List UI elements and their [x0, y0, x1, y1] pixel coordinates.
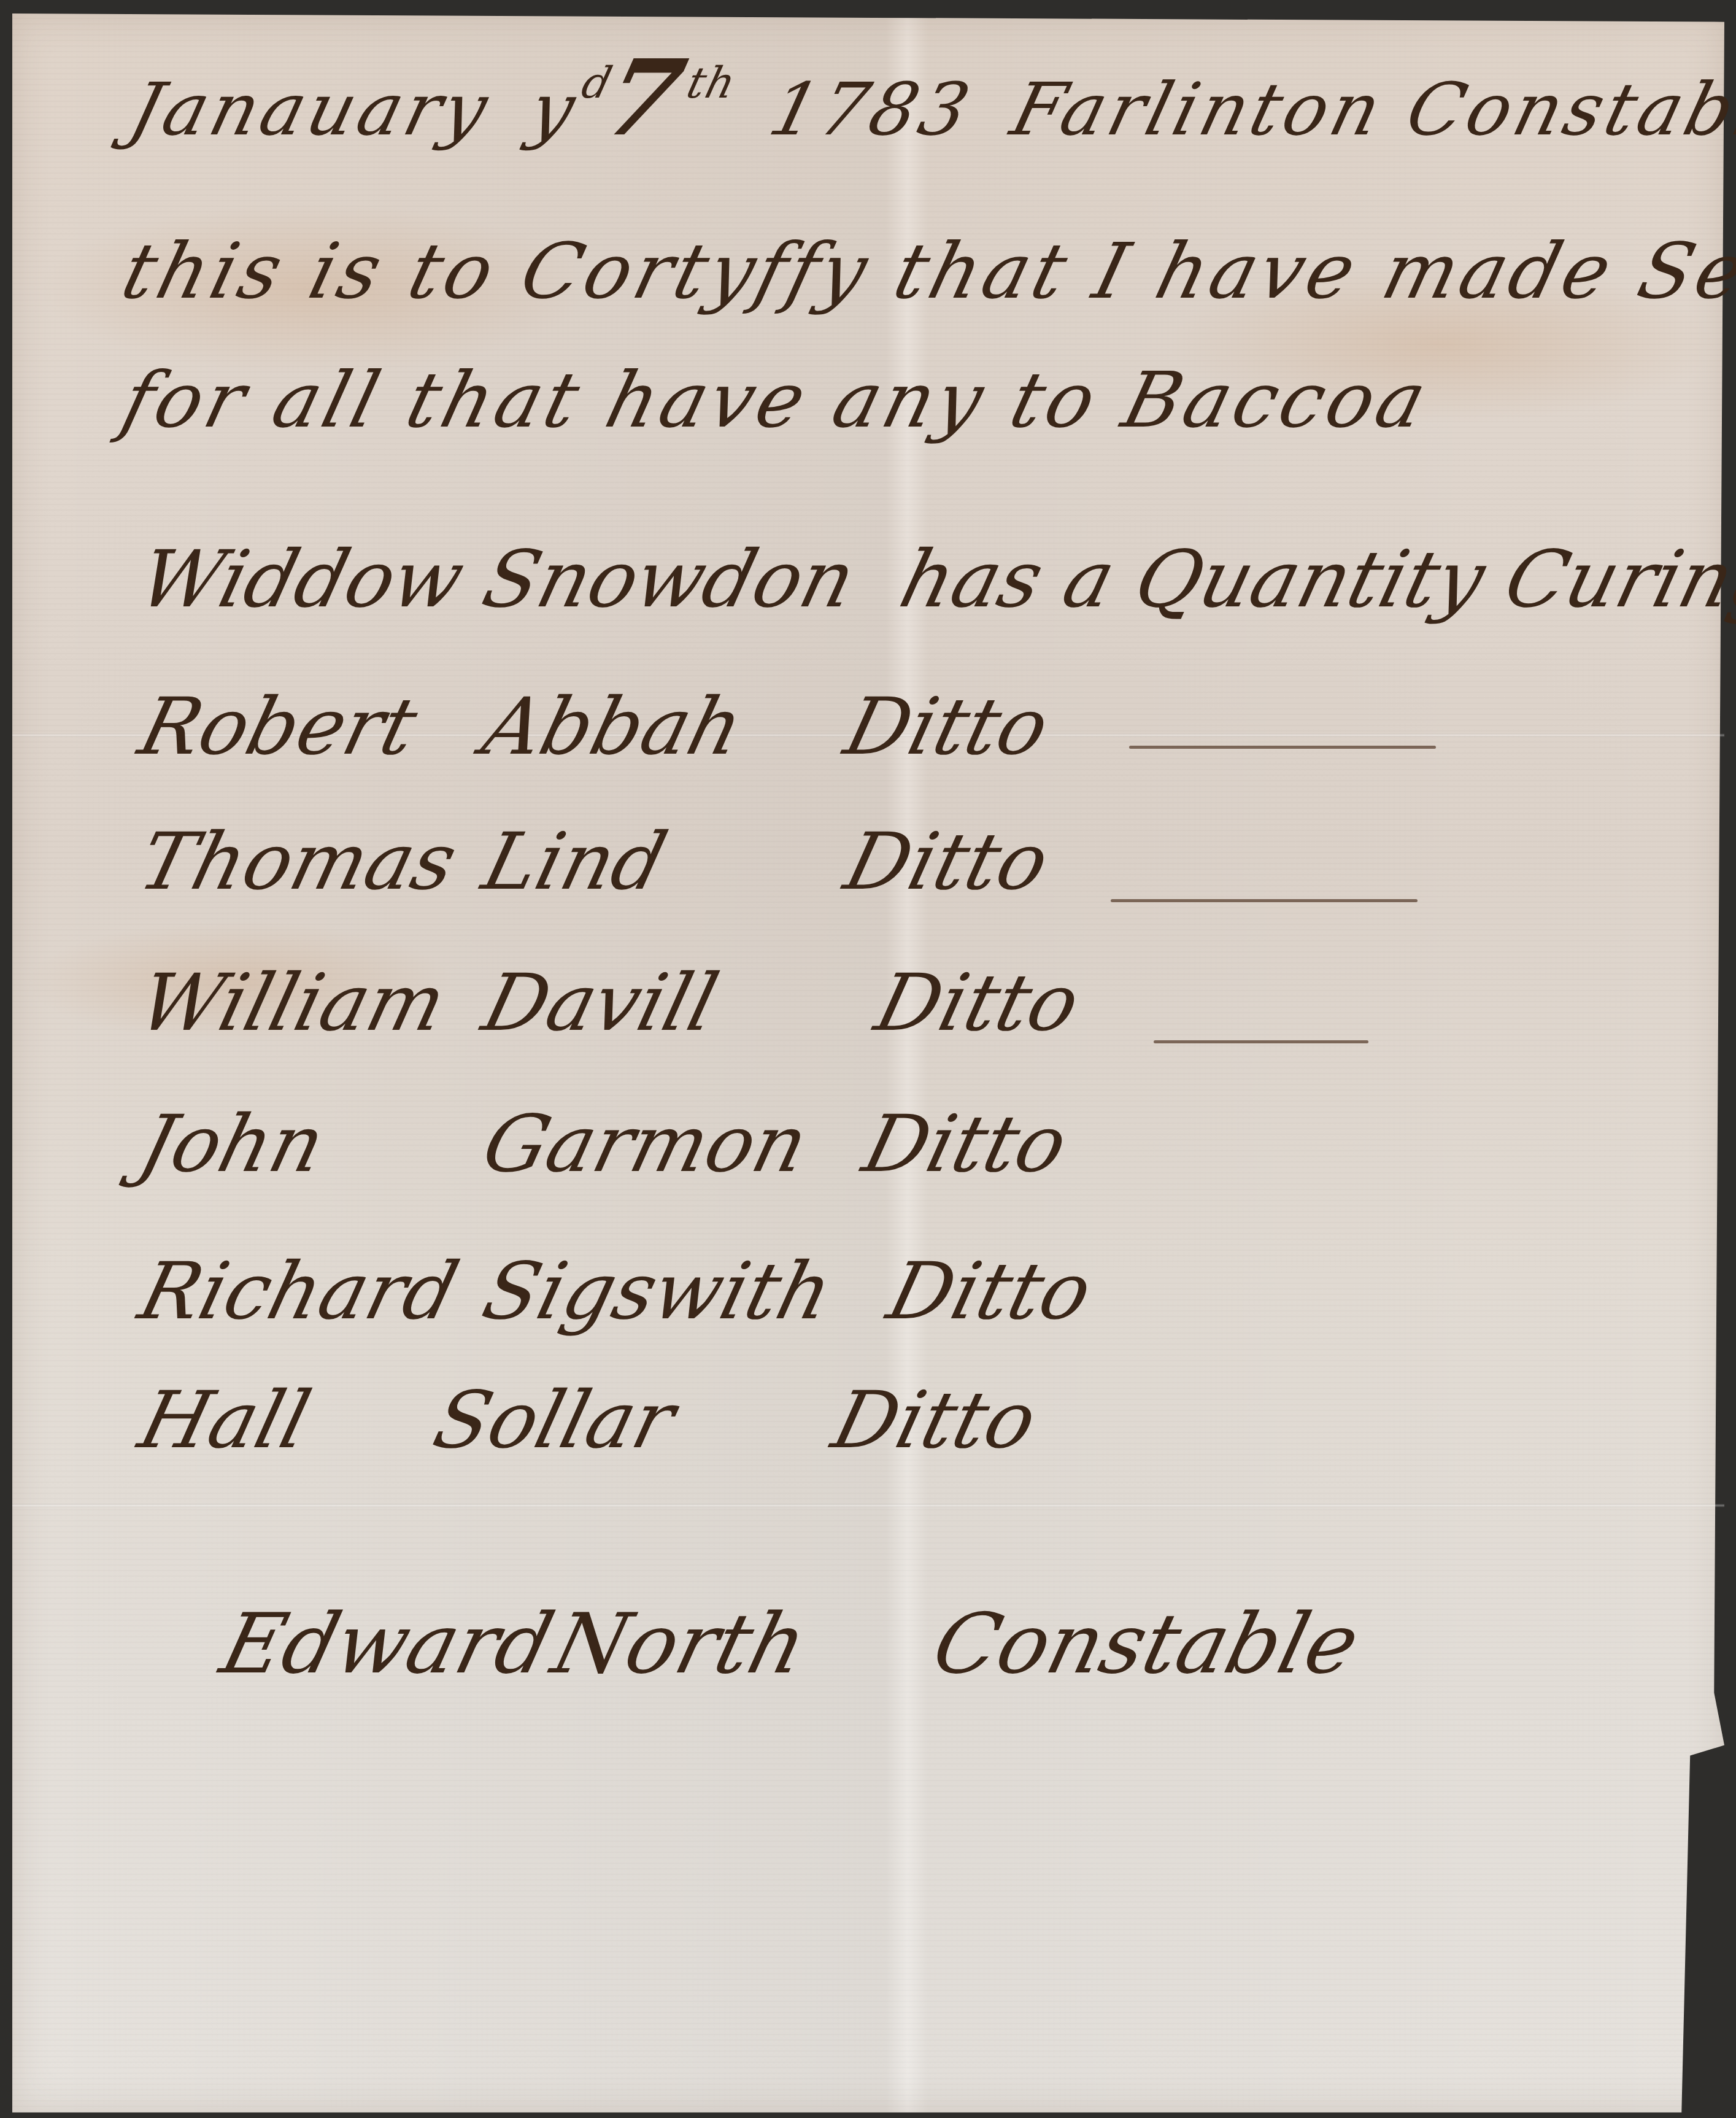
- entry-first-name: Thomas: [131, 816, 465, 908]
- entry-first-name: John: [131, 1099, 333, 1190]
- entry-last-name: Lind: [474, 816, 675, 908]
- certificate-line-1: this is to Cortyffy that I have made Sea…: [114, 227, 1736, 316]
- signature-last-name: North: [544, 1596, 816, 1692]
- entry-last-name: Sigswith: [474, 1246, 841, 1337]
- entry-first-name: Richard: [131, 1246, 467, 1337]
- entry-status: has a Quantity Curing: [892, 534, 1736, 625]
- document-date-line: Janauaryyd7th1783Farlinton Constablery: [120, 37, 1736, 160]
- ditto-dash: [1111, 899, 1418, 902]
- entry-last-name: Garmon: [474, 1099, 817, 1190]
- entry-status: Ditto: [855, 1099, 1076, 1190]
- entry-first-name: Hall: [131, 1375, 319, 1466]
- entry-last-name: Sollar: [425, 1375, 684, 1466]
- entry-status: Ditto: [824, 1375, 1046, 1466]
- date-month: Janauary: [122, 67, 500, 152]
- entry-first-name: Robert: [131, 681, 426, 773]
- entry-status: Ditto: [836, 816, 1058, 908]
- entry-last-name: Davill: [474, 957, 727, 1049]
- entry-first-name: Widdow: [131, 534, 473, 625]
- paper-sheet: [12, 14, 1724, 2112]
- ditto-dash: [1154, 1040, 1368, 1043]
- place-name: Farlinton Constablery: [1003, 67, 1736, 152]
- entry-first-name: William: [131, 957, 455, 1049]
- certificate-line-2: for all that have any to Baccoa: [114, 356, 1438, 445]
- entry-last-name: Snowdon: [474, 534, 864, 625]
- signature-title: Constable: [924, 1596, 1368, 1692]
- entry-last-name: Abbah: [474, 681, 752, 773]
- entry-status: Ditto: [836, 681, 1058, 773]
- date-y: y: [522, 67, 587, 152]
- entry-status: Ditto: [867, 957, 1089, 1049]
- ditto-dash: [1129, 746, 1436, 749]
- signature-first-name: Edward: [212, 1596, 563, 1692]
- date-year: 1783: [762, 67, 982, 152]
- entry-status: Ditto: [879, 1246, 1101, 1337]
